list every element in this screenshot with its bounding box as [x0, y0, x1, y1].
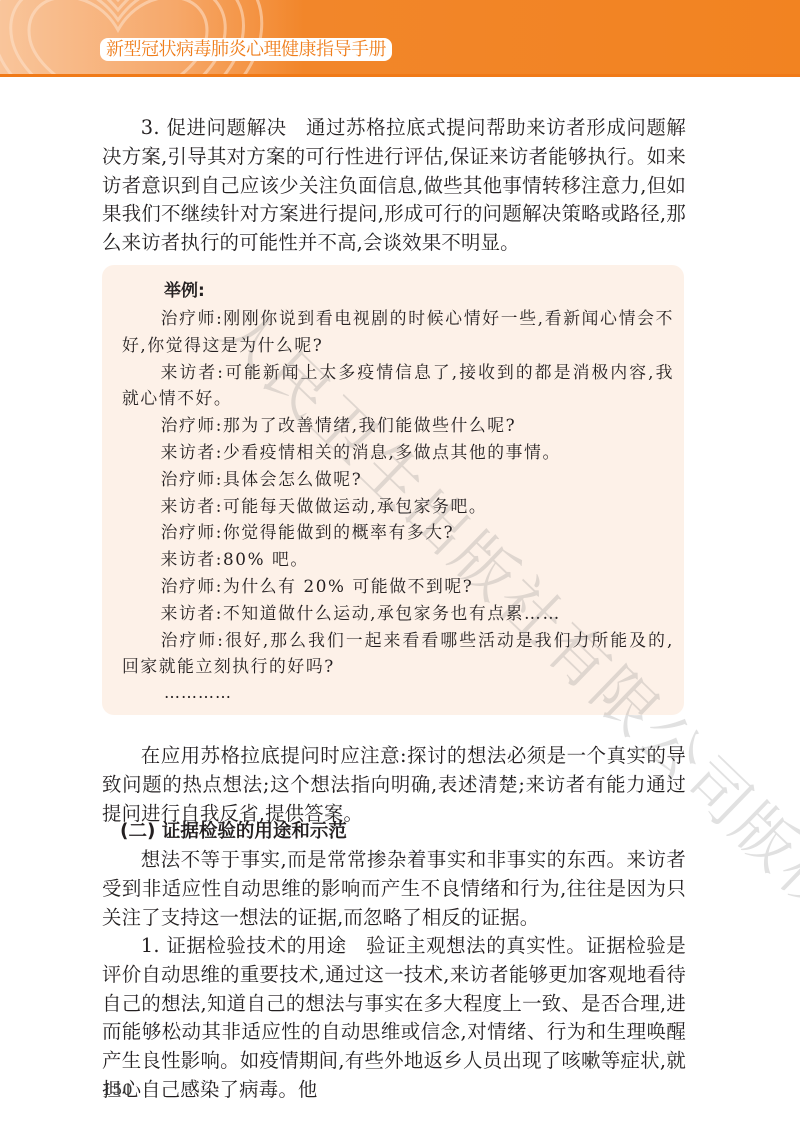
paragraph-text: 1. 证据检验技术的用途验证主观想法的真实性。证据检验是评价自动思维的重要技术,… [102, 932, 686, 1105]
dialogue-line: 来访者:80% 吧。 [122, 546, 674, 573]
dialogue-line: 治疗师:刚刚你说到看电视剧的时候心情好一些,看新闻心情会不好,你觉得这是为什么呢… [122, 305, 674, 359]
paragraph-text: 在应用苏格拉底提问时应注意:探讨的想法必须是一个真实的导致问题的热点想法;这个想… [102, 742, 686, 828]
dialogue-line: 来访者:少看疫情相关的消息,多做点其他的事情。 [122, 439, 674, 466]
paragraph-socratic-notes: 在应用苏格拉底提问时应注意:探讨的想法必须是一个真实的导致问题的热点想法;这个想… [102, 742, 686, 828]
dialogue-line: 来访者:可能新闻上太多疫情信息了,接收到的都是消极内容,我就心情不好。 [122, 359, 674, 413]
section-heading: (二) 证据检验的用途和示范 [120, 818, 347, 846]
dialogue-line: 来访者:不知道做什么运动,承包家务也有点累…… [122, 600, 674, 627]
page-header-band: 新型冠状病毒肺炎心理健康指导手册 [0, 0, 800, 77]
paragraph-body: 验证主观想法的真实性。证据检验是评价自动思维的重要技术,通过这一技术,来访者能够… [102, 934, 686, 1101]
paragraph-text: 想法不等于事实,而是常常掺杂着事实和非事实的东西。来访者受到非适应性自动思维的影… [102, 846, 686, 932]
paragraph-evidence-use: 1. 证据检验技术的用途验证主观想法的真实性。证据检验是评价自动思维的重要技术,… [102, 932, 686, 1105]
example-ellipsis: ………… [164, 680, 674, 706]
paragraph-evidence-intro: 想法不等于事实,而是常常掺杂着事实和非事实的东西。来访者受到非适应性自动思维的影… [102, 846, 686, 932]
subsection-number: 3. 促进问题解决 [141, 116, 287, 139]
dialogue-line: 治疗师:你觉得能做到的概率有多大? [122, 519, 674, 546]
dialogue-line: 治疗师:很好,那么我们一起来看看哪些活动是我们力所能及的,回家就能立刻执行的好吗… [122, 627, 674, 681]
example-box: 举例: 治疗师:刚刚你说到看电视剧的时候心情好一些,看新闻心情会不好,你觉得这是… [102, 265, 684, 715]
dialogue-line: 治疗师:为什么有 20% 可能做不到呢? [122, 573, 674, 600]
page-number: 150 [102, 1080, 133, 1099]
dialogue-line: 治疗师:那为了改善情绪,我们能做些什么呢? [122, 412, 674, 439]
subsection-number: 1. 证据检验技术的用途 [141, 934, 347, 957]
book-title: 新型冠状病毒肺炎心理健康指导手册 [100, 38, 392, 61]
example-title: 举例: [164, 278, 674, 305]
dialogue-line: 治疗师:具体会怎么做呢? [122, 466, 674, 493]
paragraph-problem-solving: 3. 促进问题解决通过苏格拉底式提问帮助来访者形成问题解决方案,引导其对方案的可… [102, 114, 686, 258]
dialogue-line: 来访者:可能每天做做运动,承包家务吧。 [122, 493, 674, 520]
paragraph-text: 3. 促进问题解决通过苏格拉底式提问帮助来访者形成问题解决方案,引导其对方案的可… [102, 114, 686, 258]
header-rule [0, 74, 800, 77]
